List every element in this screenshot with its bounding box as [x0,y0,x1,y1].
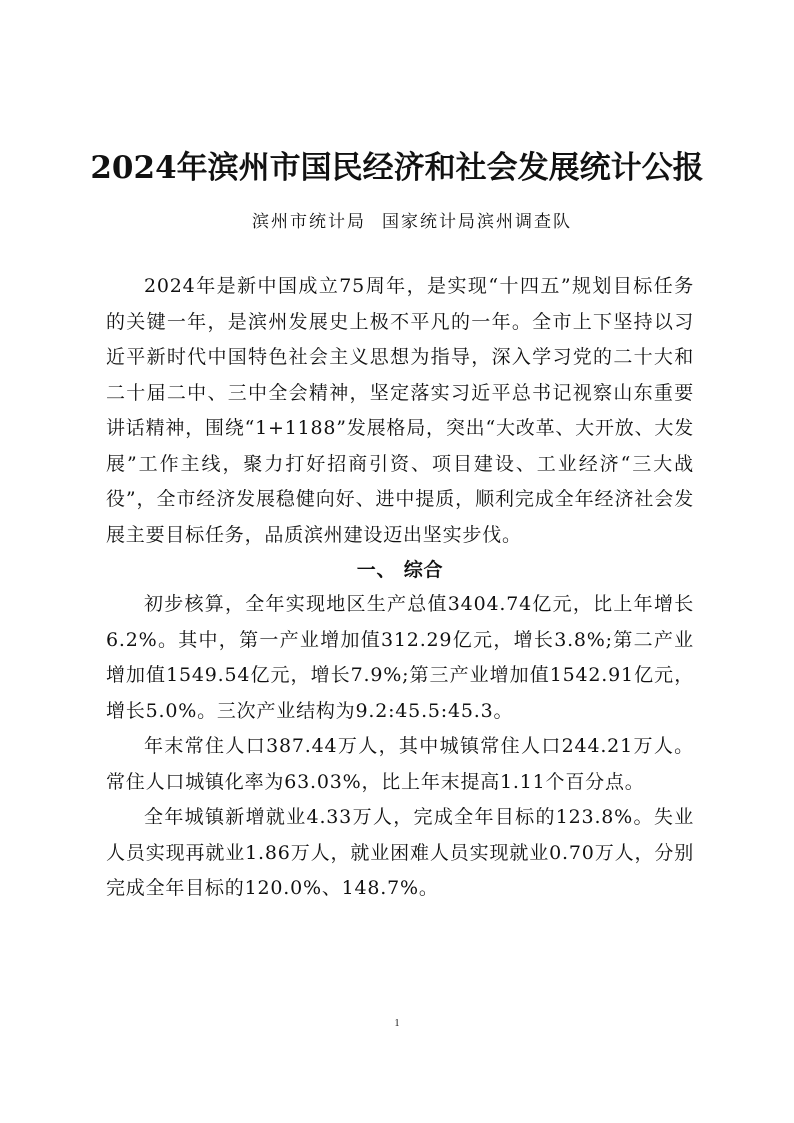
page-number: 1 [0,1018,794,1029]
document-page: 2024年滨州市国民经济和社会发展统计公报 滨州市统计局国家统计局滨州调查队 2… [0,0,794,1123]
author-bureau: 滨州市统计局 [252,212,366,232]
employment-paragraph: 全年城镇新增就业4.33万人，完成全年目标的123.8%。失业人员实现再就业1.… [106,800,694,907]
population-paragraph: 年末常住人口387.44万人，其中城镇常住人口244.21万人。常住人口城镇化率… [106,729,694,800]
gdp-paragraph: 初步核算，全年实现地区生产总值3404.74亿元，比上年增长6.2%。其中，第一… [106,587,694,729]
author-survey-team: 国家统计局滨州调查队 [382,212,572,232]
document-body: 2024年是新中国成立75周年，是实现“十四五”规划目标任务的关键一年，是滨州发… [106,269,694,907]
section-heading-overview: 一、 综合 [106,555,694,585]
authors-line: 滨州市统计局国家统计局滨州调查队 [0,209,794,235]
intro-paragraph: 2024年是新中国成立75周年，是实现“十四五”规划目标任务的关键一年，是滨州发… [106,269,694,553]
page-title: 2024年滨州市国民经济和社会发展统计公报 [0,148,794,188]
